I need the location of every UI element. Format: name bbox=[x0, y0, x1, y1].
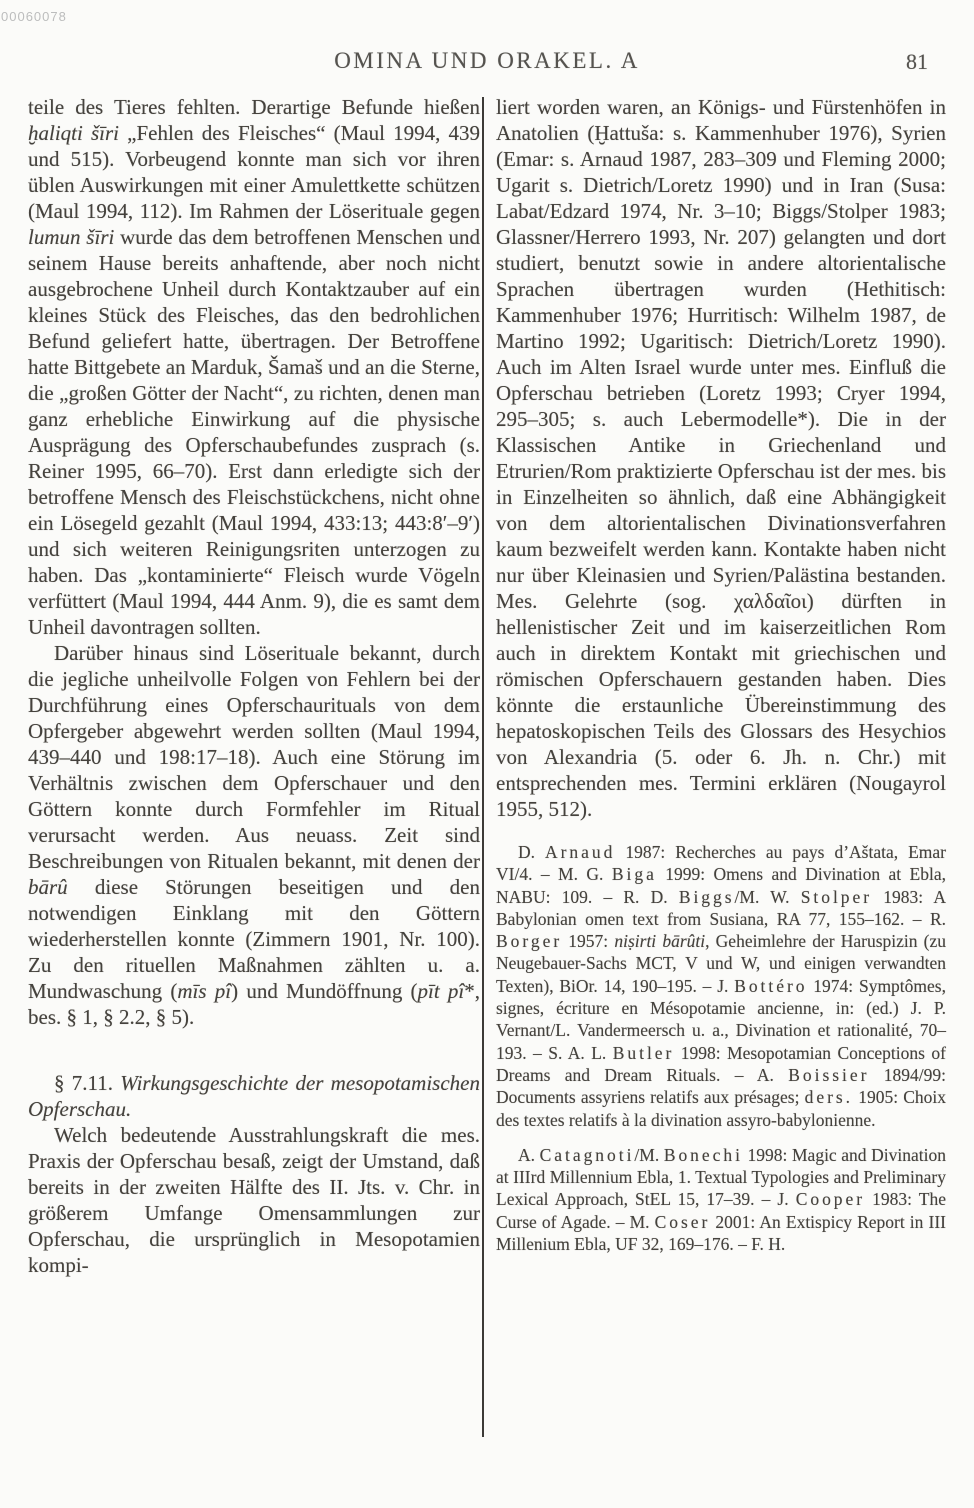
page: 00060078 OMINA UND ORAKEL. A 81 teile de… bbox=[0, 0, 974, 1508]
paragraph: Welch bedeutende Ausstrahlungskraft die … bbox=[28, 1122, 480, 1278]
paragraph-continuation: teile des Tieres fehlten. Derartige Befu… bbox=[28, 94, 480, 640]
page-header: OMINA UND ORAKEL. A 81 bbox=[28, 48, 946, 76]
scanned-book-page: { "colors": { "paper": "#fbfbf9", "ink":… bbox=[0, 0, 974, 1508]
right-column: liert worden waren, an Königs- und Fürst… bbox=[496, 94, 946, 1255]
bibliography-paragraph: D. Arnaud 1987: Recherches au pays d’Ašt… bbox=[496, 841, 946, 1131]
page-number: 81 bbox=[906, 49, 928, 75]
bibliography-paragraph: A. Catagnoti/M. Bonechi 1998: Magic and … bbox=[496, 1144, 946, 1255]
left-column: teile des Tieres fehlten. Derartige Befu… bbox=[28, 94, 480, 1278]
paragraph: Darüber hinaus sind Löserituale bekannt,… bbox=[28, 640, 480, 1030]
section-heading: § 7.11. Wirkungsgeschichte der mesopotam… bbox=[28, 1070, 480, 1122]
paragraph-continuation: liert worden waren, an Königs- und Fürst… bbox=[496, 94, 946, 822]
scan-serial-stamp: 00060078 bbox=[1, 9, 67, 24]
column-divider-rule bbox=[482, 97, 484, 1437]
running-title: OMINA UND ORAKEL. A bbox=[28, 48, 946, 74]
